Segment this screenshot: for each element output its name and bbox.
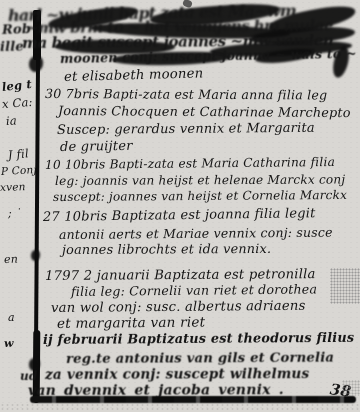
manuscript-line: Joannis Chocquen et Catharinae Marchepto: [58, 106, 351, 121]
margin-note: en: [4, 254, 18, 265]
manuscript-line: de gruijter: [60, 140, 133, 154]
margin-note: ia: [6, 115, 18, 127]
margin-note: Rob: [2, 23, 32, 37]
manuscript-line: 27 10bris Baptizata est joanna filia leg…: [43, 207, 316, 224]
manuscript-line: et margarita van riet: [57, 316, 205, 331]
scanned-register-page: harl ~w junii bapt zata est Ma~wm~mw brm…: [0, 0, 360, 412]
margin-note: ud: [20, 370, 38, 382]
manuscript-line: reg.te antonius van gils et Cornelia: [66, 352, 334, 367]
bottom-speckle-strip: [0, 403, 360, 411]
halftone-patch: [330, 268, 360, 304]
manuscript-line: 30 7bris Bapti-zata est Maria anna filia…: [45, 88, 327, 102]
margin-note: a: [8, 312, 15, 323]
manuscript-line: Suscep: gerardus vennix et Margarita: [57, 122, 315, 137]
manuscript-line: van wol conj: susc. albertus adriaens: [51, 300, 306, 315]
margin-note: P Conj: [1, 165, 37, 177]
manuscript-line: za vennix conj: suscept wilhelmus: [45, 368, 309, 383]
manuscript-line: et elisabeth moonen: [64, 67, 204, 84]
manuscript-line: ij februarii Baptizatus est theodorus fi…: [43, 333, 354, 348]
manuscript-line: joannes librochts et ida vennix.: [62, 244, 271, 258]
manuscript-line: leg: joannis van heijst et helenae Marck…: [55, 173, 345, 187]
margin-note: w: [4, 338, 14, 349]
manuscript-line: filia leg: Cornelii van riet et dorothea: [71, 283, 317, 298]
margin-note: ille: [0, 41, 24, 54]
ink-blot: [29, 56, 43, 72]
manuscript-line: moonen conj: suscept joanna ~ wals to ~: [60, 48, 357, 66]
margin-note: ; ˙: [8, 208, 21, 219]
margin-note: xven: [0, 182, 26, 193]
margin-note: x Ca:: [2, 97, 33, 111]
bottom-ink-band: [30, 396, 356, 403]
manuscript-line: antonii aerts et Mariae vennix conj: sus…: [59, 227, 333, 242]
margin-note: J fil: [7, 148, 29, 161]
halftone-patch: [342, 380, 360, 396]
ink-blot: [31, 250, 40, 261]
manuscript-line: 10 10bris Bapti-zata est Maria Catharina…: [45, 156, 335, 171]
manuscript-line: suscept: joannes van heijst et Cornelia …: [53, 189, 347, 203]
margin-note: leg t: [1, 79, 32, 94]
